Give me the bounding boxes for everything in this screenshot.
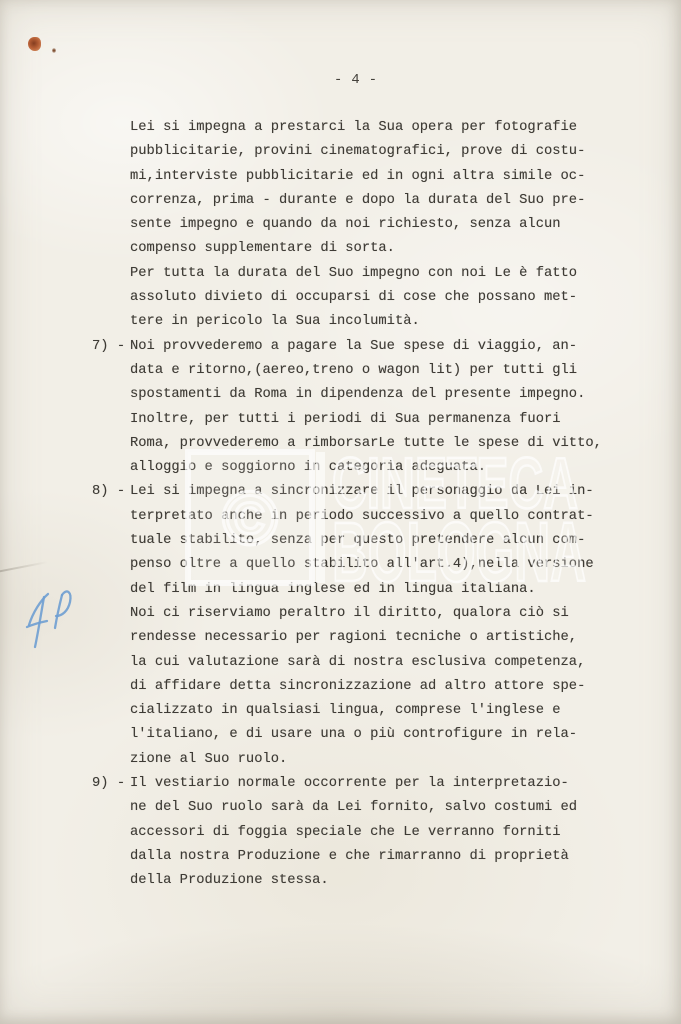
page-number: - 4 - — [334, 72, 377, 90]
text-line: Lei si impegna a prestarci la Sua opera … — [130, 116, 620, 140]
clause-number: 9) - — [92, 772, 125, 796]
text-line: tere in pericolo la Sua incolumità. — [130, 310, 620, 334]
text-line: ne del Suo ruolo sarà da Lei fornito, sa… — [130, 796, 620, 820]
initial-P-stem — [55, 595, 62, 628]
ink-stain — [28, 37, 41, 51]
contract-paragraph: Lei si impegna a prestarci la Sua opera … — [130, 116, 620, 262]
text-line: Noi provvederemo a pagare la Sue spese d… — [130, 335, 620, 359]
contract-paragraph: Noi ci riserviamo peraltro il diritto, q… — [130, 602, 620, 772]
text-line: l'italiano, e di usare una o più controf… — [130, 723, 620, 747]
text-line: spostamenti da Roma in dipendenza del pr… — [130, 383, 620, 407]
text-line: Inoltre, per tutti i periodi di Sua perm… — [130, 408, 620, 432]
contract-clause: 9) -Il vestiario normale occorrente per … — [130, 772, 620, 893]
text-line: accessori di foggia speciale che Le verr… — [130, 821, 620, 845]
handwritten-initials — [18, 583, 88, 668]
text-line: la cui valutazione sarà di nostra esclus… — [130, 651, 620, 675]
clause-number: 8) - — [92, 480, 125, 504]
watermark-divider — [316, 452, 325, 583]
text-line: rendesse necessario per ragioni tecniche… — [130, 626, 620, 650]
text-line: della Produzione stessa. — [130, 869, 620, 893]
text-line: correnza, prima - durante e dopo la dura… — [130, 189, 620, 213]
text-line: Noi ci riserviamo peraltro il diritto, q… — [130, 602, 620, 626]
text-line: pubblicitarie, provini cinematografici, … — [130, 140, 620, 164]
text-line: di affidare detta sincronizzazione ad al… — [130, 675, 620, 699]
paper-speck — [52, 48, 56, 53]
text-line: Il vestiario normale occorrente per la i… — [130, 772, 620, 796]
copyright-icon: © — [222, 477, 278, 562]
contract-paragraph: Per tutta la durata del Suo impegno con … — [130, 262, 620, 335]
text-line: cializzato in qualsiasi lingua, comprese… — [130, 699, 620, 723]
text-line: Per tutta la durata del Suo impegno con … — [130, 262, 620, 286]
watermark-text-line2: BOLOGNA — [332, 505, 586, 592]
paper-crease — [0, 561, 48, 573]
scanned-contract-page: - 4 - Lei si impegna a prestarci la Sua … — [0, 0, 681, 1024]
clause-number: 7) - — [92, 335, 125, 359]
text-line: sente impegno e quando da noi richiesto,… — [130, 213, 620, 237]
text-line: zione al Suo ruolo. — [130, 748, 620, 772]
text-line: assoluto divieto di occuparsi di cose ch… — [130, 286, 620, 310]
text-line: data e ritorno,(aereo,treno o wagon lit)… — [130, 359, 620, 383]
text-line: dalla nostra Produzione e che rimarranno… — [130, 845, 620, 869]
text-line: mi,interviste pubblicitarie ed in ogni a… — [130, 165, 620, 189]
cineteca-bologna-watermark: © CINETECA BOLOGNA — [180, 440, 600, 592]
text-line: compenso supplementare di sorta. — [130, 237, 620, 261]
